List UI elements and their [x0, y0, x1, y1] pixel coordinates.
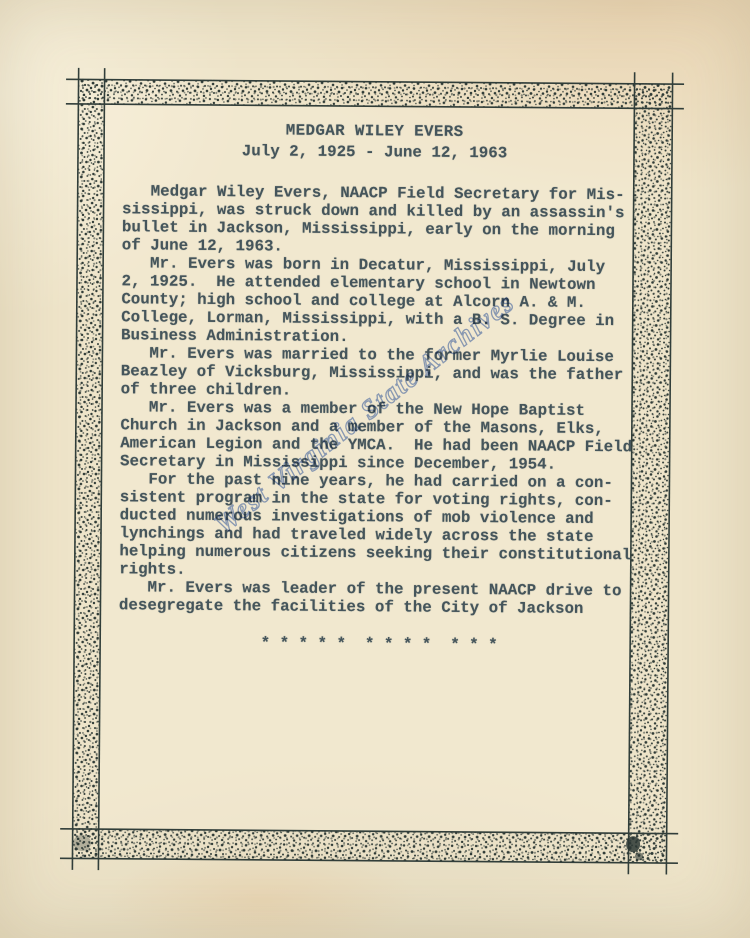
scanned-document-photo: MEDGAR WILEY EVERS July 2, 1925 - June 1… [0, 0, 750, 938]
watermark-text: West Virginia State Archives [209, 287, 520, 540]
archives-watermark: West Virginia State Archives [0, 0, 750, 938]
